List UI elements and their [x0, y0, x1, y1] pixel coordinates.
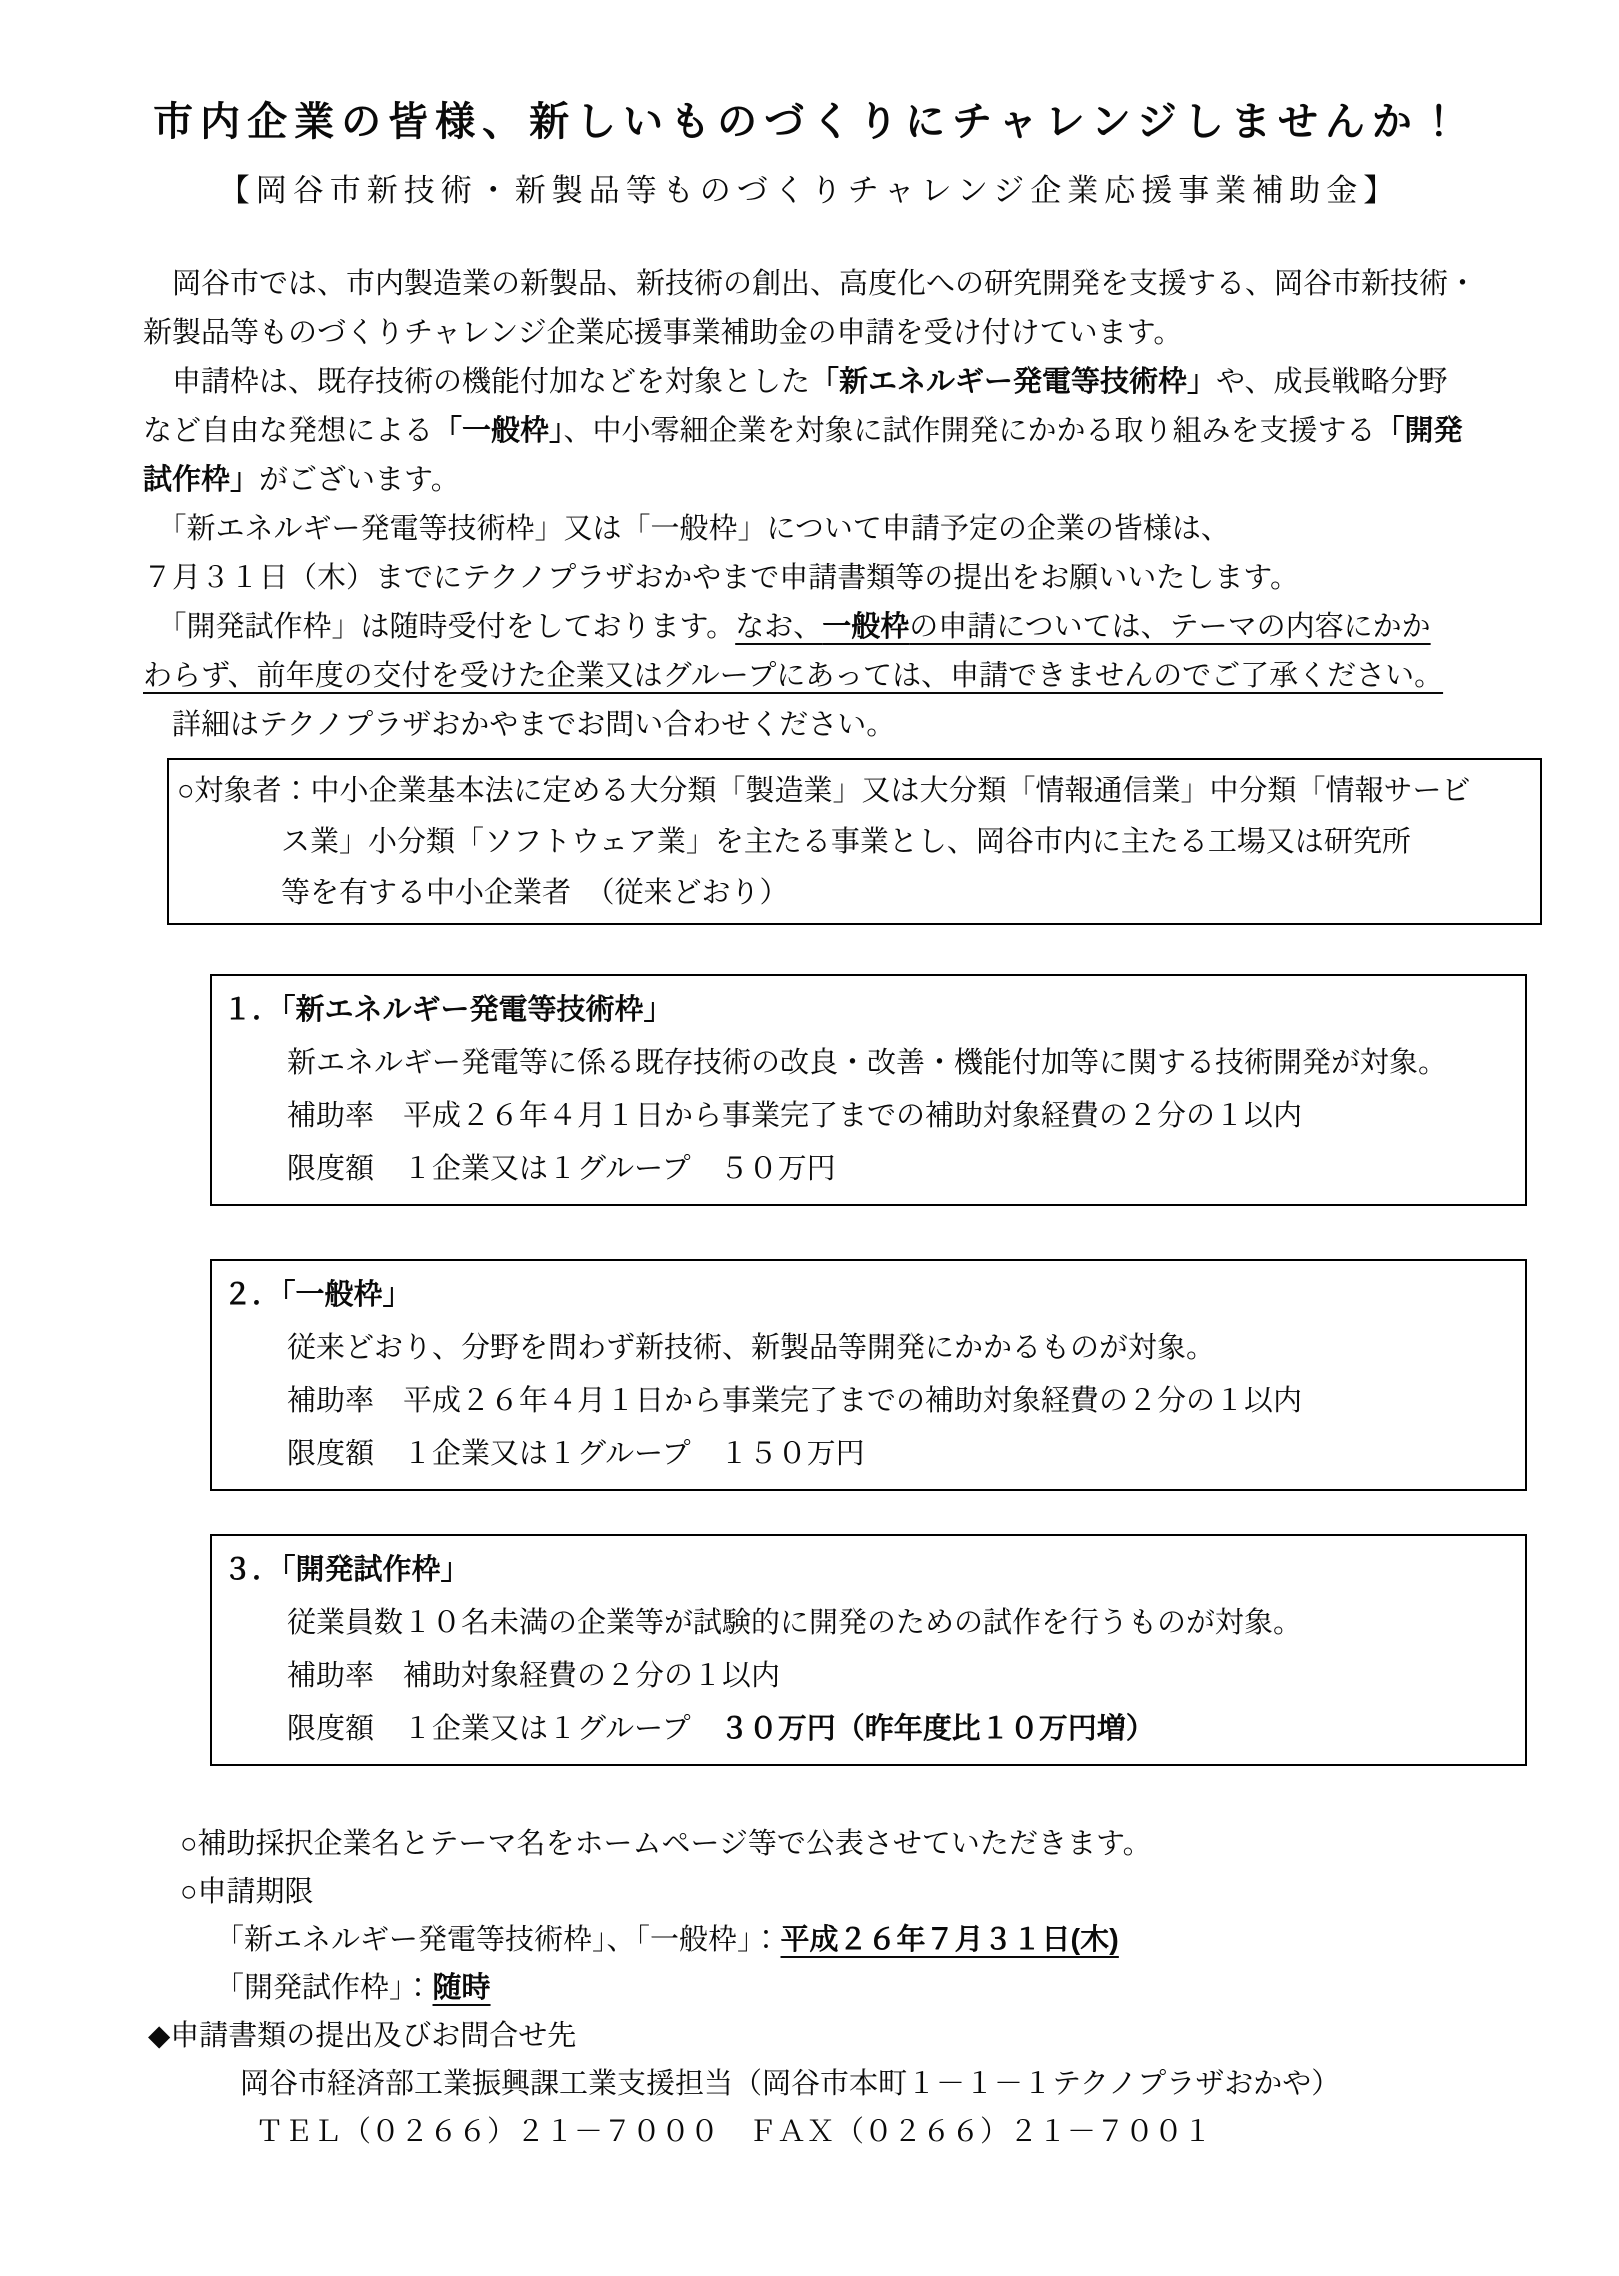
eligibility-box: ○対象者：中小企業基本法に定める大分類「製造業」又は大分類「情報通信業」中分類「…	[167, 758, 1542, 925]
eligibility-line-2: ス業」小分類「ソフトウェア業」を主たる事業とし、岡谷市内に主たる工場又は研究所	[177, 817, 1532, 868]
intro-paragraphs: 岡谷市では、市内製造業の新製品、新技術の創出、高度化への研究開発を支援する、岡谷…	[143, 260, 1531, 750]
intro-line-4-text: など自由な発想による	[143, 415, 433, 447]
intro-line-4: など自由な発想による「一般枠」、中小零細企業を対象に試作開発にかかる取り組みを支…	[143, 407, 1531, 456]
intro-line-8-text: 「開発試作枠」は随時受付をしております。	[143, 611, 735, 643]
intro-line-1: 岡谷市では、市内製造業の新製品、新技術の創出、高度化への研究開発を支援する、岡谷…	[143, 260, 1531, 309]
term-dev-prototype-frame-start: 「開発	[1376, 415, 1463, 447]
eligibility-line-2-text: ス業」小分類「ソフトウェア業」を主たる事業とし、岡谷市内に主たる工場又は研究所	[281, 826, 1411, 858]
intro-line-7-text: ７月３１日（木）までにテクノプラザおかやまで申請書類等の提出をお願いいたします。	[143, 562, 1299, 594]
underline-note-end: わらず、前年度の交付を受けた企業又はグループにあっては、申請できませんのでご了承…	[143, 660, 1443, 692]
page-title: 市内企業の皆様、新しいものづくりにチャレンジしませんか！	[0, 0, 1619, 144]
program-description: 従業員数１０名未満の企業等が試験的に開発のための試作を行うものが対象。	[223, 1597, 1515, 1650]
deadline-line-1: 「新エネルギー発電等技術枠」、「一般枠」：平成２６年７月３１日(木)	[215, 1916, 1619, 1964]
program-box-dev-prototype: ３．「開発試作枠」 従業員数１０名未満の企業等が試験的に開発のための試作を行うも…	[210, 1534, 1527, 1766]
publish-note: ○補助採択企業名とテーマ名をホームページ等で公表させていただきます。	[180, 1820, 1619, 1868]
page-subtitle: 【岡谷市新技術・新製品等ものづくりチャレンジ企業応援事業補助金】	[0, 174, 1619, 208]
deadline-line-2: 「開発試作枠」：随時	[215, 1964, 1619, 2012]
intro-line-8: 「開発試作枠」は随時受付をしております。なお、一般枠の申請については、テーマの内…	[143, 603, 1531, 652]
program-limit-value: ３０万円（昨年度比１０万円増）	[720, 1713, 1155, 1745]
term-dev-prototype-frame-end: 試作枠」	[143, 464, 259, 496]
program-heading: ３．「開発試作枠」	[223, 1544, 1515, 1597]
underline-note-start: なお、	[735, 611, 822, 643]
program-description: 新エネルギー発電等に係る既存技術の改良・改善・機能付加等に関する技術開発が対象。	[223, 1037, 1515, 1090]
intro-line-3: 申請枠は、既存技術の機能付加などを対象とした「新エネルギー発電等技術枠」や、成長…	[143, 358, 1531, 407]
intro-line-7: ７月３１日（木）までにテクノプラザおかやまで申請書類等の提出をお願いいたします。	[143, 554, 1531, 603]
intro-line-10: 詳細はテクノプラザおかやまでお問い合わせください。	[143, 701, 1531, 750]
term-new-energy-frame: 「新エネルギー発電等技術枠」	[810, 366, 1216, 398]
contact-heading-text: ◆申請書類の提出及びお問合せ先	[148, 2020, 576, 2052]
eligibility-line-3: 等を有する中小企業者 （従来どおり）	[177, 868, 1532, 919]
intro-line-2-text: 新製品等ものづくりチャレンジ企業応援事業補助金の申請を受け付けています。	[143, 317, 1182, 349]
program-heading: １．「新エネルギー発電等技術枠」	[223, 984, 1515, 1037]
eligibility-line-1-text: ○対象者：中小企業基本法に定める大分類「製造業」又は大分類「情報通信業」中分類「…	[177, 775, 1471, 807]
contact-phone: ＴＥＬ（０２６６）２１－７０００ ＦＡＸ（０２６６）２１－７００１	[255, 2108, 1619, 2156]
contact-office-text: 岡谷市経済部工業振興課工業支援担当（岡谷市本町１－１－１テクノプラザおかや）	[240, 2068, 1340, 2100]
intro-line-1-text: 岡谷市では、市内製造業の新製品、新技術の創出、高度化への研究開発を支援する、岡谷…	[143, 268, 1477, 300]
term-general-frame: 「一般枠」	[433, 415, 564, 447]
program-heading: ２．「一般枠」	[223, 1269, 1515, 1322]
intro-line-3-tail: や、成長戦略分野	[1216, 366, 1447, 398]
document-page: 市内企業の皆様、新しいものづくりにチャレンジしませんか！ 【岡谷市新技術・新製品…	[0, 0, 1619, 2276]
intro-line-9: わらず、前年度の交付を受けた企業又はグループにあっては、申請できませんのでご了承…	[143, 652, 1531, 701]
deadline-heading-text: ○申請期限	[180, 1876, 314, 1908]
intro-line-2: 新製品等ものづくりチャレンジ企業応援事業補助金の申請を受け付けています。	[143, 309, 1531, 358]
intro-line-5: 試作枠」がございます。	[143, 456, 1531, 505]
program-limit-label: 限度額 １企業又は１グループ	[287, 1713, 720, 1745]
program-limit: 限度額 １企業又は１グループ １５０万円	[223, 1428, 1515, 1481]
publish-note-text: ○補助採択企業名とテーマ名をホームページ等で公表させていただきます。	[180, 1828, 1152, 1860]
program-subsidy-rate: 補助率 補助対象経費の２分の１以内	[223, 1650, 1515, 1703]
intro-line-5-tail: がございます。	[259, 464, 460, 496]
contact-office: 岡谷市経済部工業振興課工業支援担当（岡谷市本町１－１－１テクノプラザおかや）	[240, 2060, 1619, 2108]
program-limit: 限度額 １企業又は１グループ ３０万円（昨年度比１０万円増）	[223, 1703, 1515, 1756]
underline-note-mid: の申請については、テーマの内容にかか	[909, 611, 1430, 643]
program-description: 従来どおり、分野を問わず新技術、新製品等開発にかかるものが対象。	[223, 1322, 1515, 1375]
program-limit: 限度額 １企業又は１グループ ５０万円	[223, 1143, 1515, 1196]
intro-line-6-text: 「新エネルギー発電等技術枠」又は「一般枠」について申請予定の企業の皆様は、	[143, 513, 1230, 545]
intro-line-4-mid: 、中小零細企業を対象に試作開発にかかる取り組みを支援する	[564, 415, 1376, 447]
program-subsidy-rate: 補助率 平成２６年４月１日から事業完了までの補助対象経費の２分の１以内	[223, 1090, 1515, 1143]
deadline-line-1-value: 平成２６年７月３１日(木)	[781, 1924, 1119, 1956]
eligibility-line-3-text: 等を有する中小企業者 （従来どおり）	[281, 877, 789, 909]
deadline-heading: ○申請期限	[180, 1868, 1619, 1916]
deadline-line-2-label: 「開発試作枠」：	[215, 1972, 433, 2004]
intro-line-10-text: 詳細はテクノプラザおかやまでお問い合わせください。	[143, 709, 895, 741]
eligibility-line-1: ○対象者：中小企業基本法に定める大分類「製造業」又は大分類「情報通信業」中分類「…	[177, 766, 1532, 817]
intro-line-3-text: 申請枠は、既存技術の機能付加などを対象とした	[143, 366, 810, 398]
contact-phone-text: ＴＥＬ（０２６６）２１－７０００ ＦＡＸ（０２６６）２１－７００１	[255, 2116, 1212, 2148]
program-subsidy-rate: 補助率 平成２６年４月１日から事業完了までの補助対象経費の２分の１以内	[223, 1375, 1515, 1428]
program-box-general: ２．「一般枠」 従来どおり、分野を問わず新技術、新製品等開発にかかるものが対象。…	[210, 1259, 1527, 1491]
program-box-new-energy: １．「新エネルギー発電等技術枠」 新エネルギー発電等に係る既存技術の改良・改善・…	[210, 974, 1527, 1206]
intro-line-6: 「新エネルギー発電等技術枠」又は「一般枠」について申請予定の企業の皆様は、	[143, 505, 1531, 554]
deadline-line-2-value: 随時	[433, 1972, 491, 2004]
deadline-line-1-label: 「新エネルギー発電等技術枠」、「一般枠」：	[215, 1924, 781, 1956]
underline-note-general-frame: 一般枠	[822, 611, 909, 643]
contact-heading: ◆申請書類の提出及びお問合せ先	[148, 2012, 1619, 2060]
